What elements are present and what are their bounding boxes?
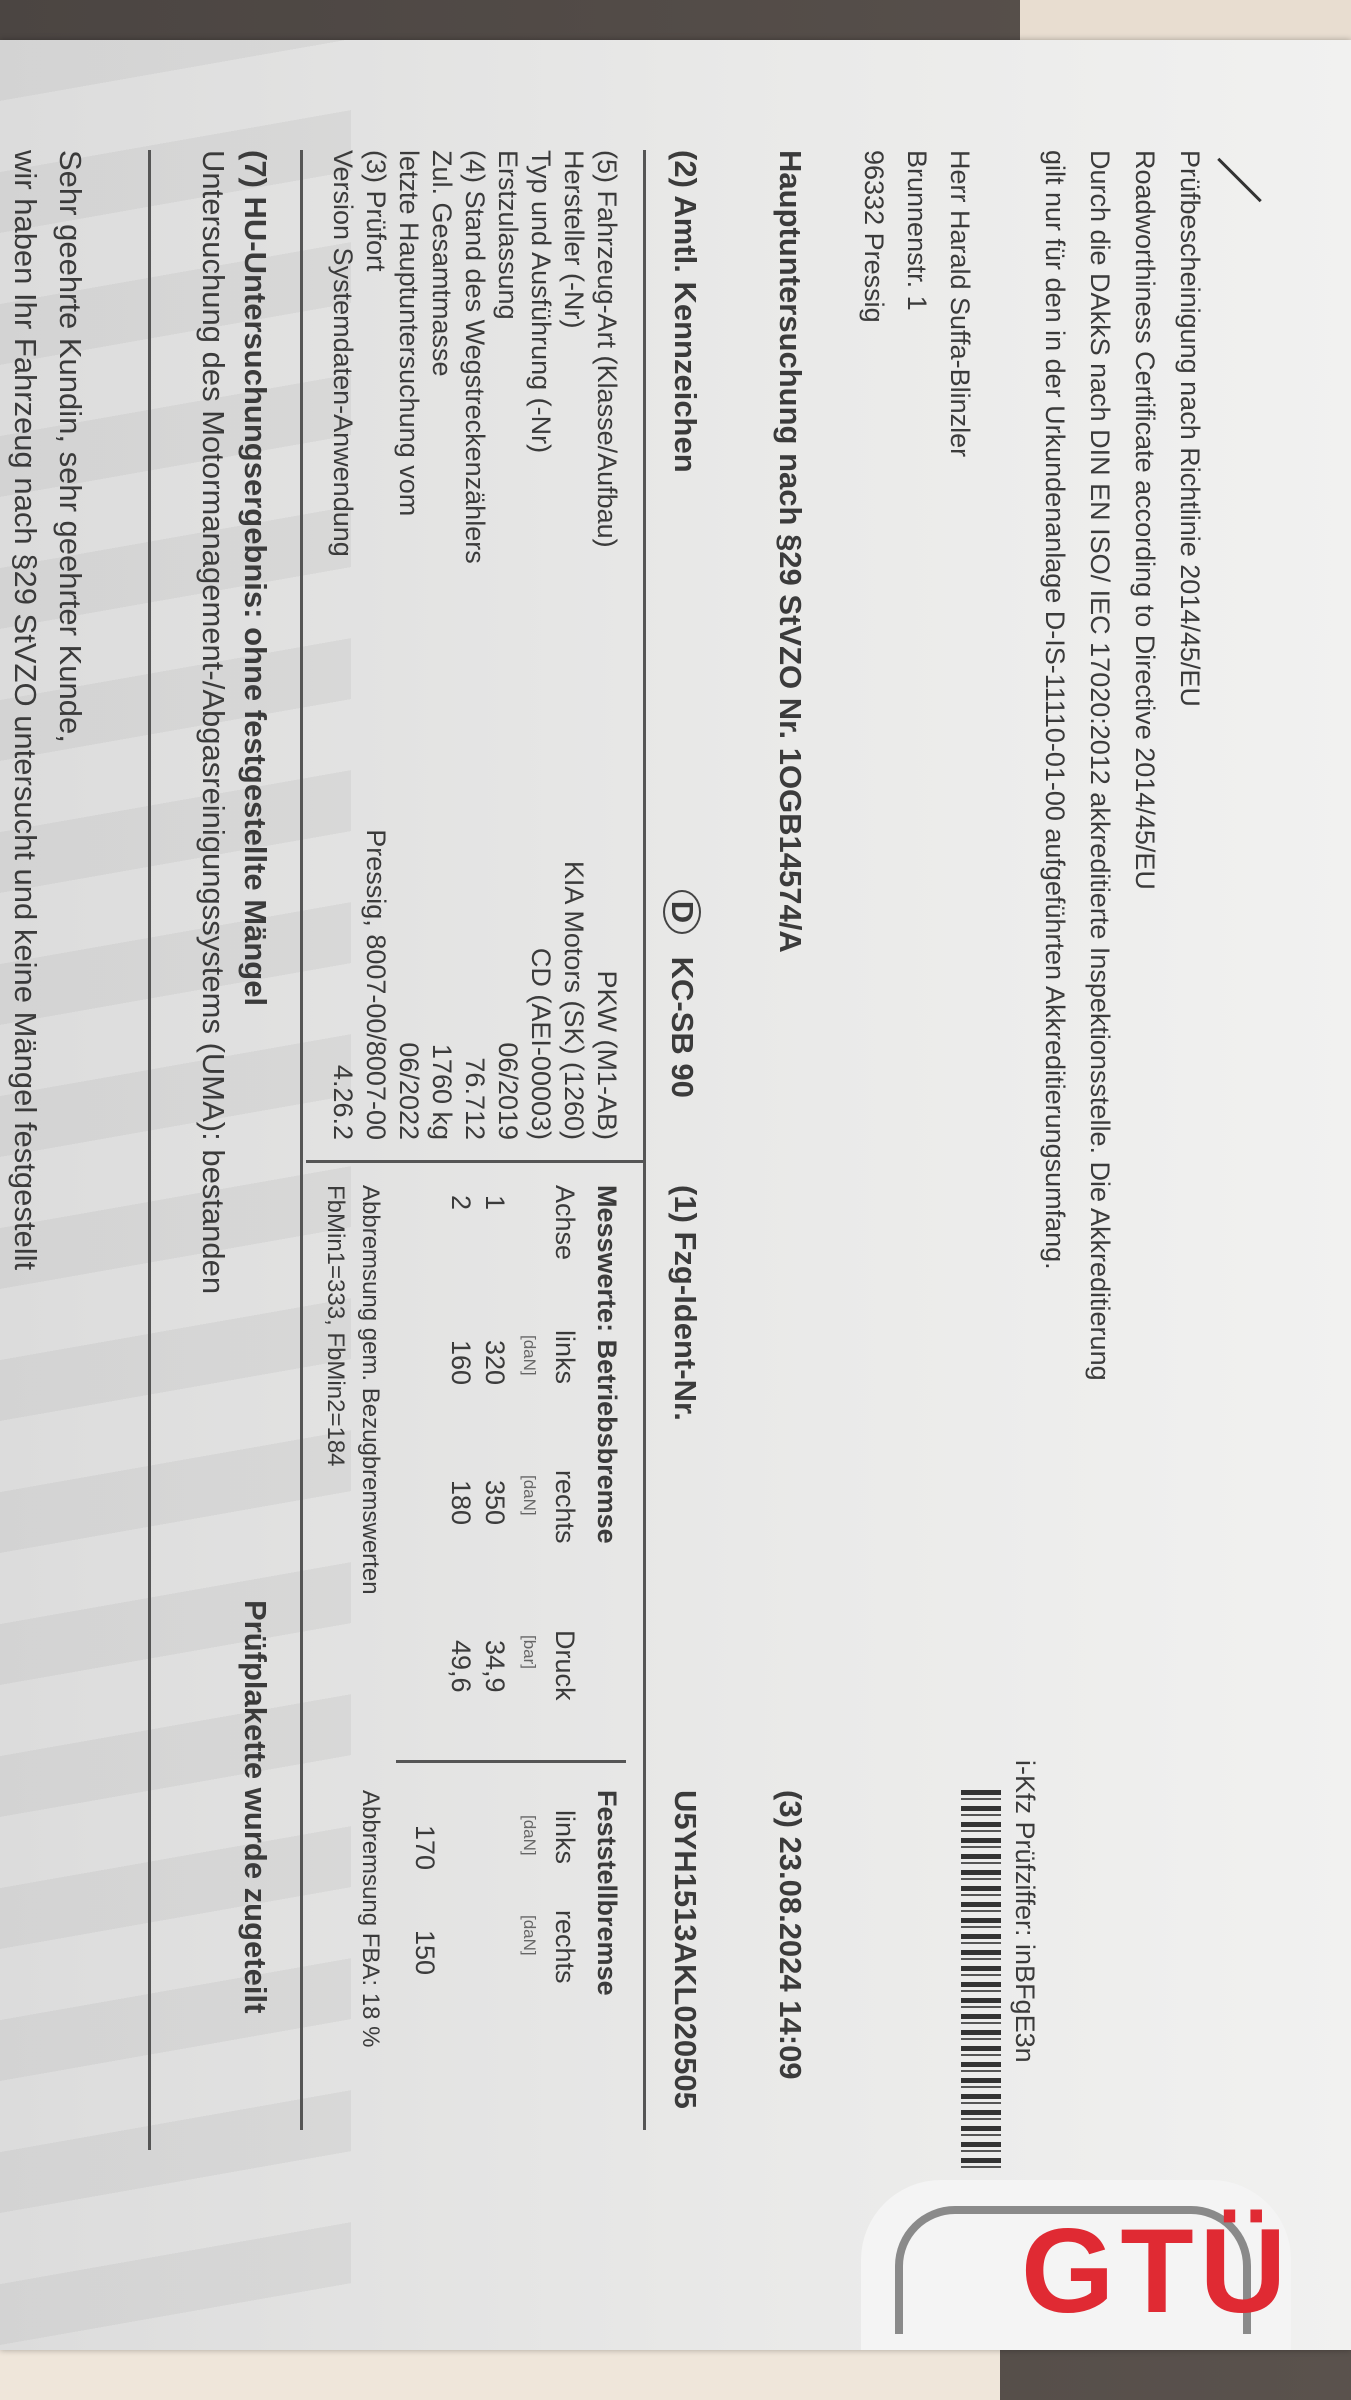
service-brake-cell: 180 — [445, 1480, 477, 1525]
vehicle-field-value: 06/2022 — [393, 700, 425, 1140]
column-divider — [396, 1760, 626, 1763]
barcode — [961, 1790, 1001, 2170]
vin-label: (1) Fzg-Ident-Nr. — [669, 1185, 701, 1421]
vehicle-field-value: 76.712 — [459, 700, 491, 1140]
service-brake-header: rechts — [549, 1470, 581, 1544]
vehicle-field-value: 1760 kg — [426, 700, 458, 1140]
vehicle-field-label: Hersteller (-Nr) — [558, 150, 590, 329]
vehicle-field-label: letzte Hauptuntersuchung vom — [393, 150, 425, 516]
service-brake-cell: 350 — [479, 1480, 511, 1525]
vehicle-field-label: (4) Stand des Wegstreckenzählers — [459, 150, 491, 564]
inspection-date: (3) 23.08.2024 14:09 — [774, 1790, 806, 2080]
vin-value: U5YH1513AKL020505 — [669, 1790, 701, 2109]
parking-brake-header-left: links — [549, 1810, 581, 1864]
service-brake-header: Druck — [549, 1630, 581, 1701]
header-line-3: Durch die DAkkS nach DIN EN ISO/ IEC 170… — [1084, 150, 1116, 1381]
header-line-2: Roadworthiness Certificate according to … — [1129, 150, 1161, 890]
parking-brake-right-value: 150 — [409, 1930, 441, 1975]
plate-number: KC-SB 90 — [665, 957, 700, 1098]
vehicle-field-value: KIA Motors (SK) (1260) — [558, 700, 590, 1140]
service-brake-header: Achse — [549, 1185, 581, 1260]
plate-value: D KC-SB 90 — [663, 890, 701, 1098]
letter-salutation: Sehr geehrte Kundin, sehr geehrter Kunde… — [54, 150, 86, 743]
service-brake-cell: 2 — [445, 1195, 477, 1210]
divider — [148, 150, 151, 2150]
parking-brake-unit-left: [daN] — [513, 1815, 545, 1856]
service-brake-fbmin: FbMin1=333, FbMin2=184 — [319, 1185, 351, 1467]
sticker-status: Prüfplakette wurde zugeteilt — [239, 1600, 271, 2013]
service-brake-cell: 34,9 — [479, 1640, 511, 1693]
parking-brake-note: Abbremsung FBA: 18 % — [354, 1790, 386, 2047]
parking-brake-title: Feststellbremse — [591, 1790, 623, 1996]
parking-brake-header-right: rechts — [549, 1910, 581, 1984]
vehicle-field-value: 4.26.2 — [327, 700, 359, 1140]
vehicle-field-label: Typ und Ausführung (-Nr) — [525, 150, 557, 453]
result-heading: (7) HU-Untersuchungsergebnis: ohne festg… — [239, 150, 271, 1006]
vehicle-field-label: (5) Fahrzeug-Art (Klasse/Aufbau) — [591, 150, 623, 548]
address-name: Herr Harald Suffa-Blinzler — [944, 150, 976, 457]
gtu-logo: GTÜ — [861, 2180, 1291, 2350]
address-city: 96332 Pressig — [858, 150, 890, 323]
header-line-4: gilt nur für den in der Urkundenanlage D… — [1039, 150, 1071, 1270]
vehicle-field-label: (3) Prüfort — [360, 150, 392, 272]
vehicle-field-label: Erstzulassung — [492, 150, 524, 320]
service-brake-title: Messwerte: Betriebsbremse — [591, 1185, 623, 1544]
service-brake-unit: [daN] — [513, 1475, 545, 1516]
vehicle-field-label: Version Systemdaten-Anwendung — [327, 150, 359, 557]
parking-brake-unit-right: [daN] — [513, 1915, 545, 1956]
uma-result: Untersuchung des Motormanagement-/Abgasr… — [197, 150, 229, 1294]
country-code-badge: D — [663, 890, 701, 934]
header-line-1: Prüfbescheinigung nach Richtlinie 2014/4… — [1174, 150, 1206, 707]
inspection-certificate: GTÜ Prüfbescheinigung nach Richtlinie 20… — [0, 0, 1351, 2400]
service-brake-cell: 160 — [445, 1340, 477, 1385]
divider — [300, 150, 303, 2130]
pruefziffer: i-Kfz Prüfziffer: inBFgE3n — [1009, 1760, 1041, 2063]
page-title: Hauptuntersuchung nach §29 StVZO Nr. 1OG… — [774, 150, 806, 953]
service-brake-unit: [bar] — [513, 1635, 545, 1669]
service-brake-cell: 1 — [479, 1195, 511, 1210]
vehicle-field-value: PKW (M1-AB) — [591, 700, 623, 1140]
address-street: Brunnenstr. 1 — [901, 150, 933, 311]
service-brake-cell: 49,6 — [445, 1640, 477, 1693]
service-brake-header: links — [549, 1330, 581, 1384]
letter-body: wir haben Ihr Fahrzeug nach §29 StVZO un… — [9, 150, 41, 1270]
service-brake-unit: [daN] — [513, 1335, 545, 1376]
parking-brake-left-value: 170 — [409, 1825, 441, 1870]
service-brake-cell: 320 — [479, 1340, 511, 1385]
service-brake-note: Abbremsung gem. Bezugbremswerten — [354, 1185, 386, 1595]
vehicle-field-value: 06/2019 — [492, 700, 524, 1140]
vehicle-field-value: Pressig, 8007-00/8007-00 — [360, 700, 392, 1140]
plate-label: (2) Amtl. Kennzeichen — [669, 150, 701, 473]
vehicle-field-label: Zul. Gesamtmasse — [426, 150, 458, 377]
column-divider — [306, 1160, 646, 1163]
divider — [643, 150, 646, 2130]
vehicle-field-value: CD (AEI-00003) — [525, 700, 557, 1140]
